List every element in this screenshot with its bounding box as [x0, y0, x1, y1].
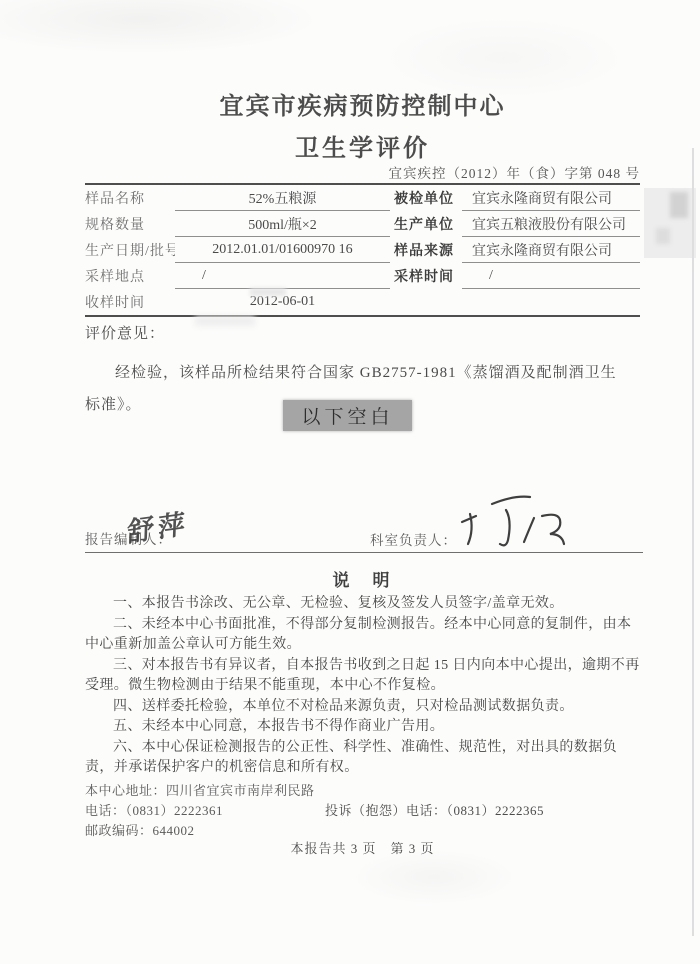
org-name-title: 宜宾市疾病预防控制中心 — [85, 86, 640, 121]
value-empty — [462, 289, 640, 315]
blank-below-stamp: 以下空白 — [283, 400, 412, 431]
footer-contact: 本中心地址：四川省宜宾市南岸利民路 电话：（0831）2222361 投诉（抱怨… — [85, 781, 640, 841]
section-chief-label: 科室负责人： — [370, 529, 457, 549]
value-sample-name: 52%五粮源 — [175, 185, 390, 211]
report-header: 宜宾市疾病预防控制中心 卫生学评价 — [85, 86, 640, 163]
note-item-3: 三、对本报告书有异议者，自本报告书收到之日起 15 日内向本中心提出，逾期不再受… — [85, 656, 640, 697]
scan-edge-line — [692, 148, 694, 936]
label-sample-name: 样品名称 — [85, 185, 175, 211]
note-item-4: 四、送样委托检验，本单位不对检品来源负责，只对检品测试数据负责。 — [85, 697, 640, 718]
doc-number: 宜宾疾控（2012）年（食）字第 048 号 — [85, 162, 640, 182]
value-inspected-unit: 宜宾永隆商贸有限公司 — [462, 185, 640, 211]
value-spec-quantity: 500ml/瓶×2 — [175, 211, 390, 237]
value-sampling-place: / — [175, 263, 390, 289]
scanned-report-page: 宜宾市疾病预防控制中心 卫生学评价 宜宾疾控（2012）年（食）字第 048 号… — [0, 0, 700, 964]
notes-heading: 说 明 — [85, 566, 640, 591]
phone-number: 电话：（0831）2222361 — [85, 803, 223, 818]
label-producer: 生产单位 — [390, 211, 462, 237]
value-producer: 宜宾五粮液股份有限公司 — [462, 211, 640, 237]
handwriting-scribble-icon — [448, 494, 578, 552]
scan-smudge — [195, 316, 255, 326]
signature-divider-line — [85, 552, 643, 553]
complaint-phone-number: 投诉（抱怨）电话：（0831）2222365 — [325, 801, 544, 821]
label-receive-time: 收样时间 — [85, 289, 175, 315]
label-sampling-time: 采样时间 — [390, 263, 462, 289]
section-chief-signature-scribble — [448, 494, 578, 557]
center-address: 本中心地址：四川省宜宾市南岸利民路 — [85, 781, 640, 801]
label-spec-quantity: 规格数量 — [85, 211, 175, 237]
value-sampling-time: / — [462, 263, 640, 289]
label-sample-source: 样品来源 — [390, 237, 462, 263]
label-inspected-unit: 被检单位 — [390, 185, 462, 211]
value-sample-source: 宜宾永隆商贸有限公司 — [462, 237, 640, 263]
note-item-5: 五、未经本中心同意，本报告书不得作商业广告用。 — [85, 717, 640, 738]
note-item-1: 一、本报告书涂改、无公章、无检验、复核及签发人员签字/盖章无效。 — [85, 594, 640, 615]
label-production-date: 生产日期/批号 — [85, 237, 175, 263]
evaluation-heading: 评价意见： — [85, 322, 640, 343]
scan-artifact-block — [644, 188, 696, 258]
page-count-note: 本报告共 3 页 第 3 页 — [85, 838, 640, 857]
scan-smudge — [250, 288, 286, 296]
label-empty — [390, 289, 462, 315]
label-sampling-place: 采样地点 — [85, 263, 175, 289]
sample-info-table: 样品名称 52%五粮源 被检单位 宜宾永隆商贸有限公司 规格数量 500ml/瓶… — [85, 183, 640, 317]
note-item-2: 二、未经本中心书面批准，不得部分复制检测报告。经本中心同意的复制件，由本中心重新… — [85, 615, 640, 656]
value-production-date: 2012.01.01/01600970 16 — [175, 237, 390, 263]
notes-list: 一、本报告书涂改、无公章、无检验、复核及签发人员签字/盖章无效。 二、未经本中心… — [85, 594, 640, 779]
preparer-signature: 舒萍 — [127, 501, 190, 549]
doc-type-title: 卫生学评价 — [85, 128, 640, 163]
phone-row: 电话：（0831）2222361 投诉（抱怨）电话：（0831）2222365 — [85, 801, 640, 821]
note-item-6: 六、本中心保证检测报告的公正性、科学性、准确性、规范性，对出具的数据负责，并承诺… — [85, 738, 640, 779]
